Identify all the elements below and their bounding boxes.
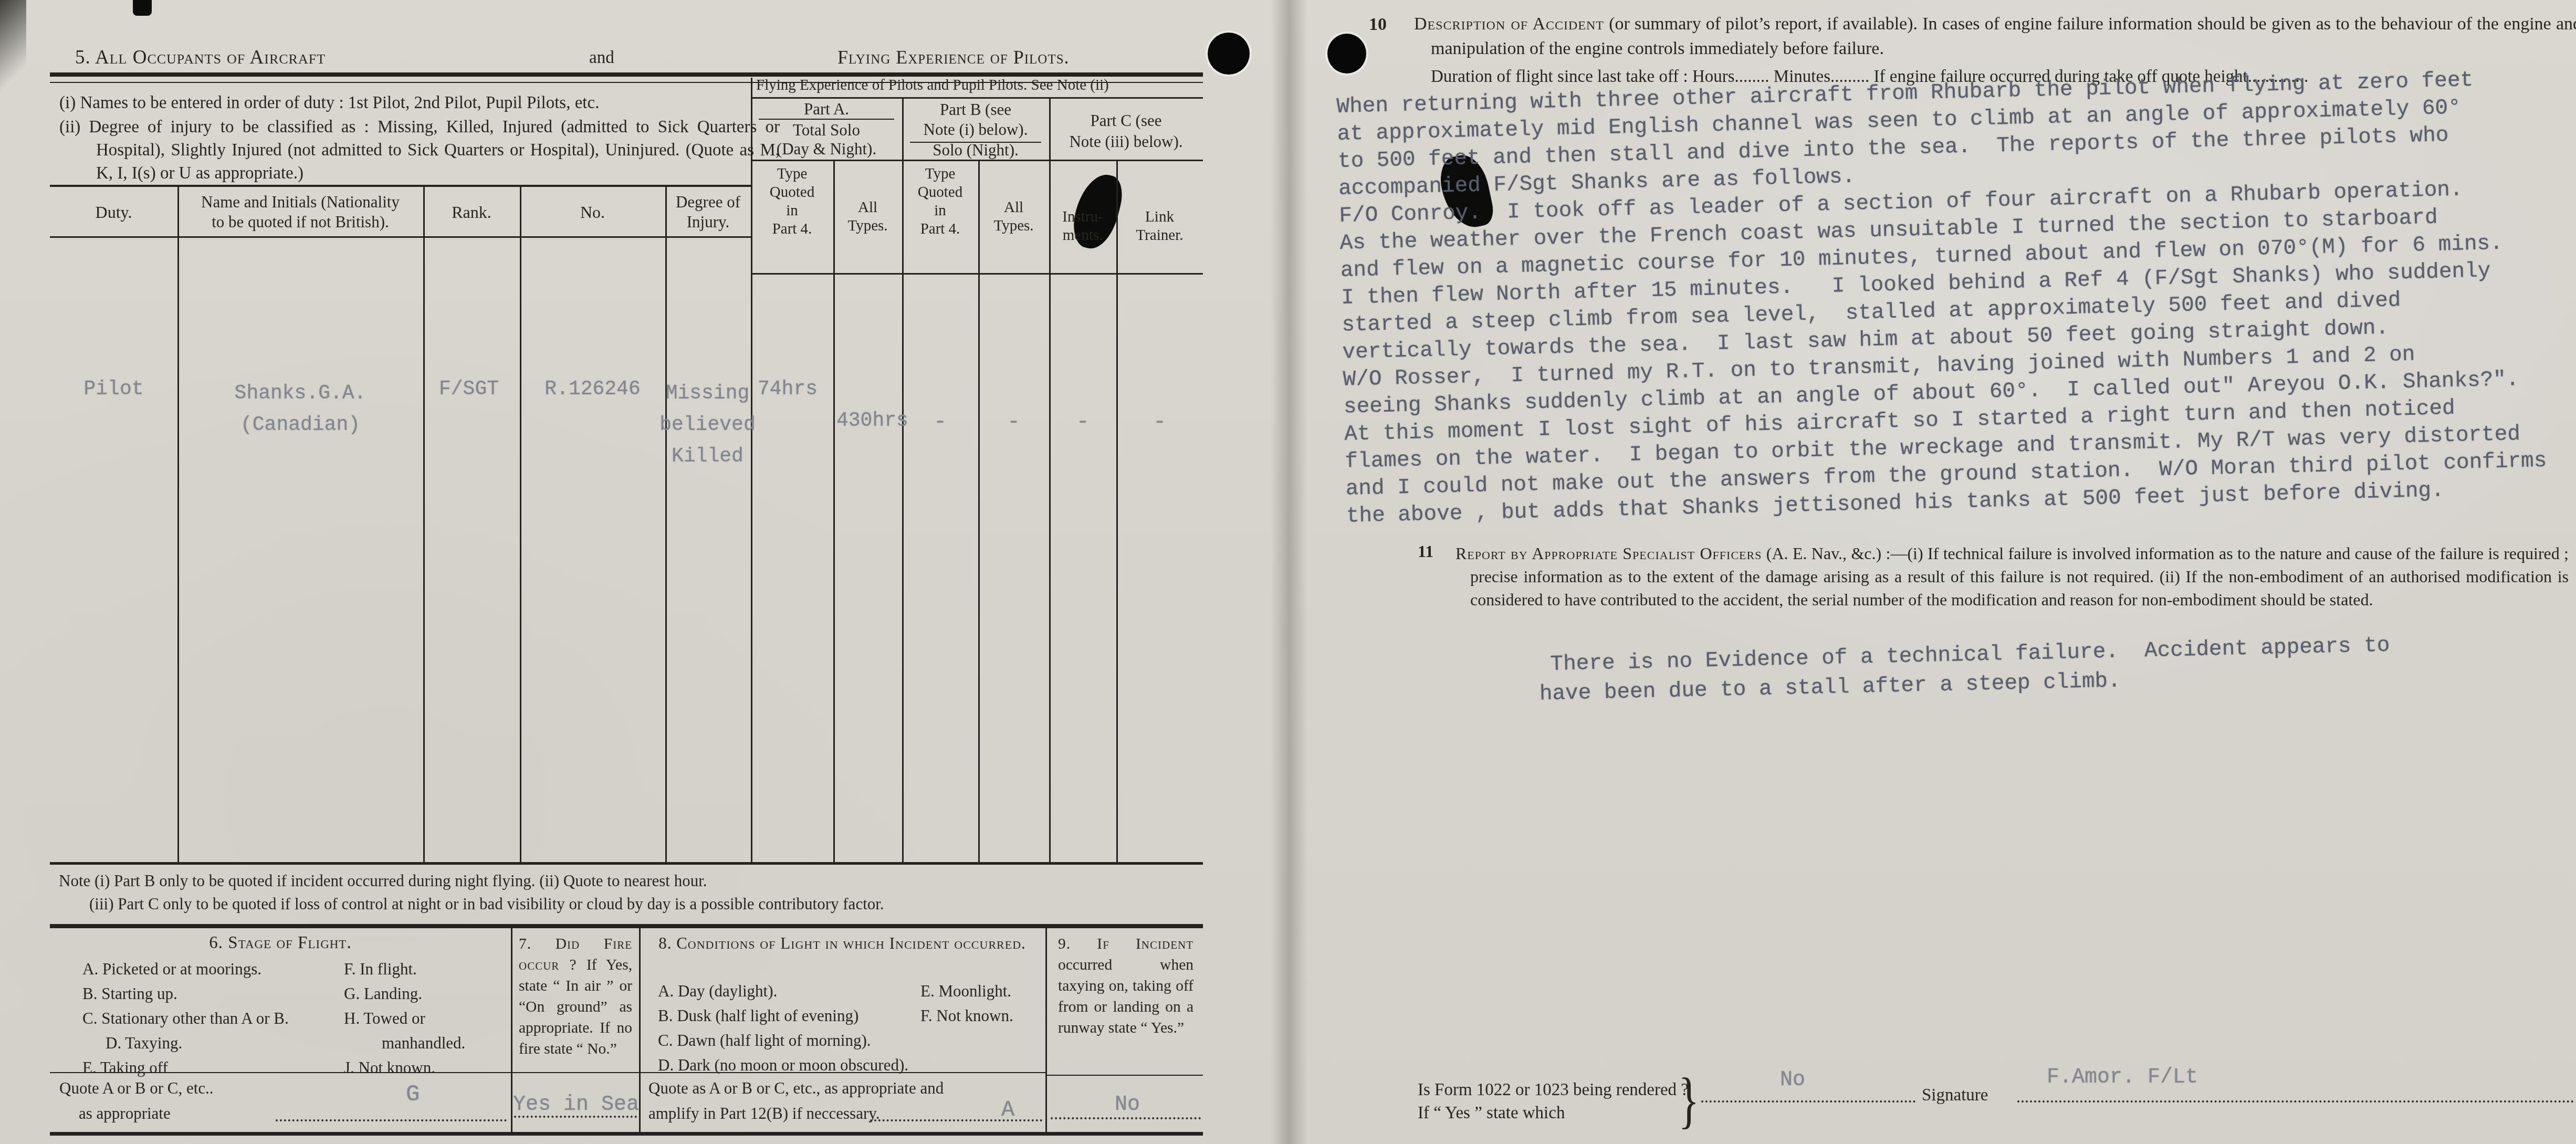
section6-title: 6. Stage of Flight. [50, 933, 511, 953]
table-rule [50, 185, 751, 187]
table-rule [1116, 160, 1118, 864]
section5-flying-experience-title: Flying Experience of Pilots. [837, 46, 1070, 68]
table-footer-note-2: (iii) Part C only to be quoted if loss o… [89, 895, 884, 914]
column-header-duty: Duty. [50, 203, 177, 222]
column-header-instruments: Instru- ments. [1049, 208, 1116, 245]
table-rule [423, 185, 425, 864]
column-header-rank: Rank. [423, 203, 520, 222]
page-corner-shadow [0, 0, 26, 105]
column-header-injury: Degree of Injury. [665, 192, 751, 232]
light-condition-option: A. Day (daylight). [658, 979, 908, 1003]
part-a-label: Part A. [751, 100, 902, 119]
section8-items-right: E. Moonlight.F. Not known. [920, 979, 1013, 1028]
accident-description-typed: When returning with three other aircraft… [1336, 64, 2576, 530]
table-rule [520, 185, 521, 864]
row-night-all-value: - [978, 410, 1049, 435]
form-answer-line [1701, 1100, 1915, 1103]
brace-glyph: } [1678, 1065, 1699, 1136]
section8-answer-line [870, 1119, 1042, 1121]
table-rule [978, 160, 980, 864]
table-rule [50, 1132, 1203, 1136]
stage-of-flight-option: manhandled. [344, 1031, 465, 1055]
section10-heading: Description of Accident (or summary of p… [1414, 12, 2576, 61]
column-header-link-trainer: Link Trainer. [1116, 208, 1203, 245]
section6-items-right: F. In flight.G. Landing.H. Towed ormanha… [344, 957, 465, 1080]
table-rule [833, 160, 835, 864]
row-rank-value: F/SGT [418, 378, 520, 401]
part-b-label: Part B (see Note (i) below). [902, 100, 1049, 140]
light-condition-option: C. Dawn (half light of morning). [658, 1028, 908, 1053]
column-header-name: Name and Initials (Nationality to be quo… [177, 192, 423, 232]
section8-title: 8. Conditions of Light in which Incident… [650, 932, 1035, 954]
section9-text: 9. If Incident occurred when taxying on,… [1058, 933, 1193, 1038]
stage-of-flight-option: J. Not known. [344, 1055, 465, 1080]
ink-mark-top-left [133, 0, 152, 16]
section6-quote-label-2: as appropriate [79, 1104, 171, 1123]
column-header-type-quoted-b: Type Quoted in Part 4. [902, 165, 978, 238]
table-rule [639, 928, 641, 1132]
section6-items-left: A. Picketed or at moorings.B. Starting u… [82, 957, 289, 1080]
part-b-subtitle: Solo (Night). [902, 141, 1049, 160]
section7-text: 7. Did Fire occur ? If Yes, state “ In a… [519, 933, 632, 1059]
section6-answer-value: G [406, 1082, 420, 1108]
row-night-type-value: - [902, 410, 978, 435]
table-footer-note-1: Note (i) Part B only to be quoted if inc… [59, 872, 707, 890]
section6-answer-line [276, 1119, 507, 1121]
table-rule [50, 72, 1203, 77]
hole-punch-left [1208, 33, 1250, 75]
section7-answer-value: Yes in Sea [513, 1093, 639, 1117]
hole-punch-right [1327, 34, 1366, 74]
section9-body: occurred when taxying on, taking off fro… [1058, 957, 1193, 1036]
section10-heading-caps: Description of Accident [1414, 14, 1604, 34]
experience-header: Flying Experience of Pilots and Pupil Pi… [756, 77, 1203, 94]
section11-heading-caps: Report by Appropriate Specialist Officer… [1455, 544, 1762, 563]
section8-items-left: A. Day (daylight).B. Dusk (half light of… [658, 979, 908, 1077]
section5-and-label: and [589, 48, 614, 68]
section10-number: 10 [1369, 15, 1387, 35]
section8-quote-label-2: amplify in Part 12(B) if neccessary. [648, 1104, 879, 1123]
stage-of-flight-option: B. Starting up. [82, 981, 289, 1006]
signature-line [2017, 1100, 2574, 1103]
table-rule [50, 924, 1203, 928]
table-rule [1045, 1075, 1203, 1076]
row-solo-all-hours: 430hrs [836, 410, 908, 432]
part-a-subtitle: Total Solo (Day & Night). [751, 121, 902, 159]
column-header-type-quoted-a: Type Quoted in Part 4. [751, 165, 833, 238]
table-rule [751, 97, 1203, 99]
section9-answer-value: No [1115, 1093, 1140, 1117]
section8-quote-label-1: Quote as A or B or C, etc., as appropria… [648, 1079, 944, 1098]
light-condition-option: B. Dusk (half light of evening) [658, 1003, 908, 1028]
section9-heading: 9. If Incident [1058, 936, 1193, 952]
section6-quote-label-1: Quote A or B or C, etc.. [59, 1079, 214, 1098]
light-condition-option: F. Not known. [920, 1003, 1013, 1028]
section11-number: 11 [1418, 542, 1433, 561]
column-header-no: No. [520, 203, 665, 222]
table-rule [751, 160, 1203, 161]
stage-of-flight-option: D. Taxying. [82, 1031, 289, 1055]
table-rule [1045, 928, 1047, 1132]
row-duty-value: Pilot [50, 378, 177, 401]
light-condition-option: E. Moonlight. [920, 979, 1013, 1003]
table-note-i: (i) Names to be entered in order of duty… [59, 91, 779, 114]
table-rule [511, 1072, 639, 1073]
section5-title: 5. All Occupants of Aircraft [75, 46, 326, 69]
section8-answer-value: A [1001, 1097, 1014, 1122]
row-number-value: R.126246 [520, 378, 665, 401]
signature-value: F.Amor. F/Lt [2047, 1066, 2198, 1089]
stage-of-flight-option: H. Towed or [344, 1006, 465, 1031]
section9-answer-line [1051, 1117, 1201, 1119]
table-rule [511, 928, 512, 1132]
stage-of-flight-option: G. Landing. [344, 981, 465, 1006]
table-rule [50, 236, 751, 238]
row-name-value: Shanks.G.A. (Canadian) [177, 378, 423, 441]
stage-of-flight-option: F. In flight. [344, 957, 465, 981]
table-note-ii: (ii) Degree of injury to be classified a… [59, 116, 780, 185]
row-solo-type-hours: 74hrs [758, 378, 818, 401]
row-link-trainer-value: - [1116, 410, 1203, 435]
stage-of-flight-option: E. Taking off [82, 1055, 289, 1080]
column-header-all-types-a: All Types. [833, 198, 902, 235]
stage-of-flight-option: A. Picketed or at moorings. [82, 957, 289, 981]
table-rule [665, 185, 667, 864]
table-rule [751, 273, 1203, 275]
column-header-all-types-b: All Types. [978, 198, 1049, 235]
form-question-line2: If “ Yes ” state which [1418, 1104, 1565, 1123]
row-injury-value: Missing believed Killed [659, 378, 756, 473]
signature-label: Signature [1922, 1086, 1988, 1105]
bottom-sections: 6. Stage of Flight. A. Picketed or at mo… [50, 924, 1203, 1136]
part-c-label: Part C (see Note (iii) below). [1049, 110, 1203, 152]
table-rule [50, 862, 1203, 865]
row-instruments-value: - [1049, 410, 1116, 435]
light-condition-option: D. Dark (no moon or moon obscured). [658, 1053, 908, 1077]
stage-of-flight-option: C. Stationary other than A or B. [82, 1006, 289, 1031]
table-rule [177, 185, 179, 864]
scanned-accident-report-form: 5. All Occupants of Aircraft and Flying … [0, 0, 2576, 1144]
page-fold-shadow [1271, 0, 1307, 1144]
form-answer-value: No [1780, 1068, 1805, 1092]
section11-heading: Report by Appropriate Specialist Officer… [1455, 542, 2569, 611]
form-question-line1: Is Form 1022 or 1023 being rendered ? [1418, 1080, 1689, 1100]
occupants-experience-table: (i) Names to be entered in order of duty… [50, 72, 1203, 866]
specialist-report-typed: There is no Evidence of a technical fail… [1550, 629, 2475, 709]
